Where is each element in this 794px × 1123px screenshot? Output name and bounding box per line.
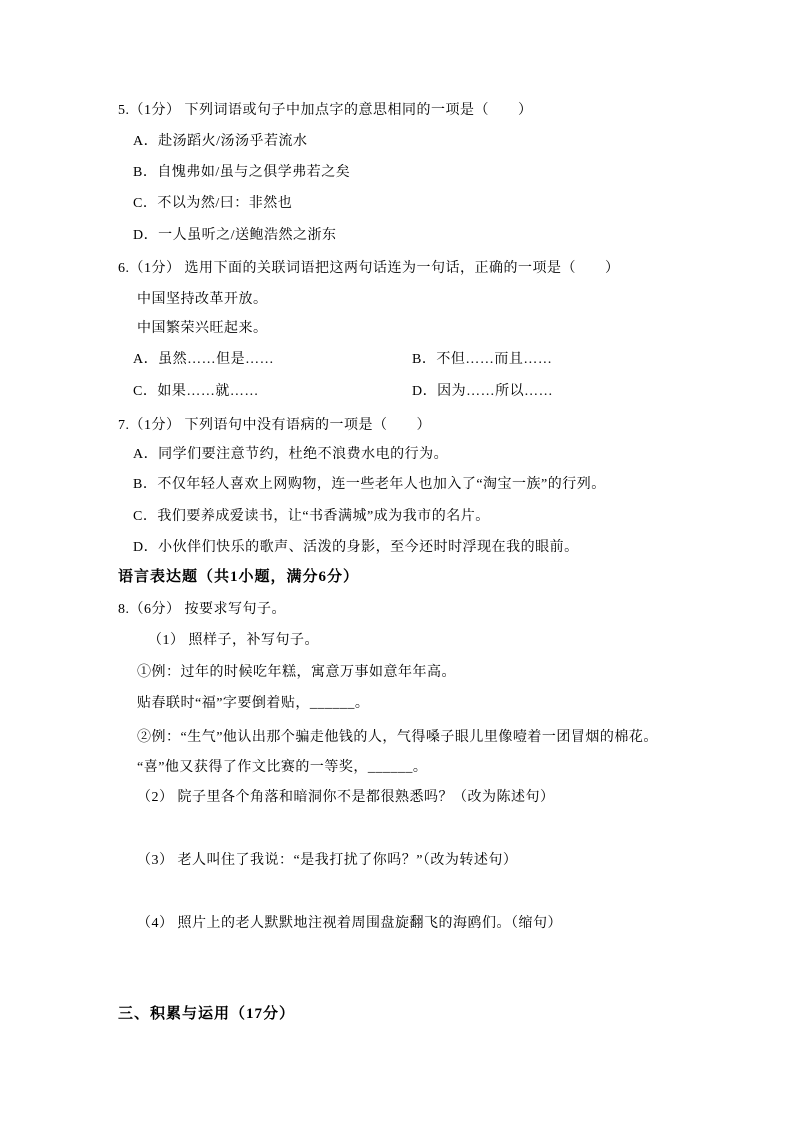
- question-6-option-b: B．不但……而且……: [412, 351, 552, 369]
- question-8-sub-1: （1） 照样子，补写句子。: [148, 632, 319, 650]
- question-6-option-c: C．如果……就……: [133, 383, 259, 401]
- question-8-example-1: ①例：过年的时候吃年糕，寓意万事如意年年高。: [137, 664, 456, 682]
- question-6-title: 6.（1分） 选用下面的关联词语把这两句话连为一句话，正确的一项是（ ）: [118, 260, 620, 278]
- question-6-option-a: A．虽然……但是……: [133, 351, 274, 369]
- question-5-title: 5.（1分） 下列词语或句子中加点字的意思相同的一项是（ ）: [118, 102, 533, 120]
- question-6-sentence-1: 中国坚持改革开放。: [137, 291, 268, 309]
- question-8-sub-4: （4） 照片上的老人默默地注视着周围盘旋翻飞的海鸥们。（缩句）: [137, 915, 562, 933]
- section-heading-language-expression: 语言表达题（共1小题，满分6分）: [118, 568, 359, 586]
- question-8-sub-2: （2） 院子里各个角落和暗洞你不是都很熟悉吗？（改为陈述句）: [137, 789, 555, 807]
- exam-document-page: 5.（1分） 下列词语或句子中加点字的意思相同的一项是（ ） A．赴汤蹈火/汤汤…: [0, 0, 794, 1123]
- question-6-option-d: D．因为……所以……: [412, 383, 553, 401]
- question-5-option-c: C．不以为然/曰：非然也: [133, 195, 292, 213]
- question-5-option-d: D．一人虽听之/送鲍浩然之浙东: [133, 227, 337, 245]
- question-7-option-d: D．小伙伴们快乐的歌声、活泼的身影，至今还时时浮现在我的眼前。: [133, 539, 579, 557]
- question-5-option-b: B．自愧弗如/虽与之俱学弗若之矣: [133, 164, 350, 182]
- question-8-sub-3: （3） 老人叫住了我说：“是我打扰了你吗？”（改为转述句）: [137, 852, 517, 870]
- question-7-option-b: B．不仅年轻人喜欢上网购物，连一些老年人也加入了“淘宝一族”的行列。: [133, 476, 606, 494]
- question-7-option-a: A．同学们要注意节约，杜绝不浪费水电的行为。: [133, 446, 448, 464]
- question-8-fill-2: “喜”他又获得了作文比赛的一等奖，______。: [137, 759, 427, 777]
- question-7-title: 7.（1分） 下列语句中没有语病的一项是（ ）: [118, 417, 431, 435]
- question-6-sentence-2: 中国繁荣兴旺起来。: [137, 320, 268, 338]
- question-8-example-2: ②例：“生气”他认出那个骗走他钱的人，气得嗓子眼儿里像噎着一团冒烟的棉花。: [137, 729, 658, 747]
- question-7-option-c: C．我们要养成爱读书，让“书香满城”成为我市的名片。: [133, 508, 490, 526]
- question-8-title: 8.（6分） 按要求写句子。: [118, 601, 286, 619]
- question-5-option-a: A．赴汤蹈火/汤汤乎若流水: [133, 133, 308, 151]
- section-heading-accumulation: 三、积累与运用（17分）: [118, 1005, 295, 1023]
- question-8-fill-1: 贴春联时“福”字要倒着贴，______。: [137, 695, 369, 713]
